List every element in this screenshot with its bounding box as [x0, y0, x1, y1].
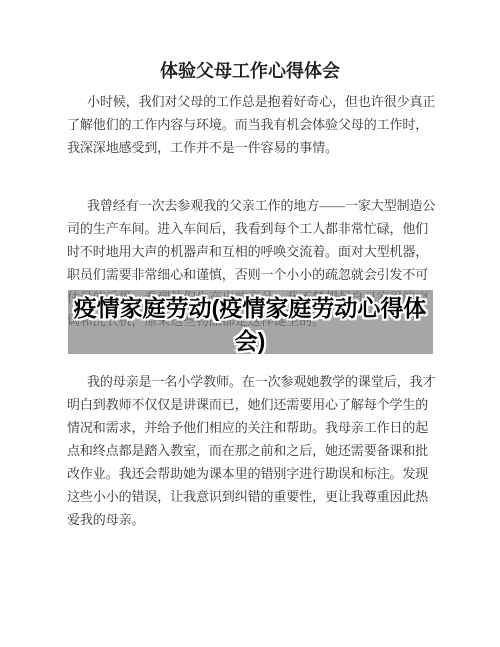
document-title: 体验父母工作心得体会: [0, 57, 500, 85]
body-paragraph-3: 我的母亲是一名小学教师。在一次参观她教学的课堂后，我才 明白到教师不仅仅是讲课而…: [67, 370, 445, 531]
body-paragraph-1: 小时候，我们对父母的工作总是抱着好奇心，但也许很少真正 了解他们的工作内容与环境…: [67, 90, 445, 159]
watermark-overlay-title: 疫情家庭劳动(疫情家庭劳动心得体会): [64, 292, 436, 358]
document-page: 体验父母工作心得体会 小时候，我们对父母的工作总是抱着好奇心，但也许很少真正 了…: [0, 0, 500, 647]
